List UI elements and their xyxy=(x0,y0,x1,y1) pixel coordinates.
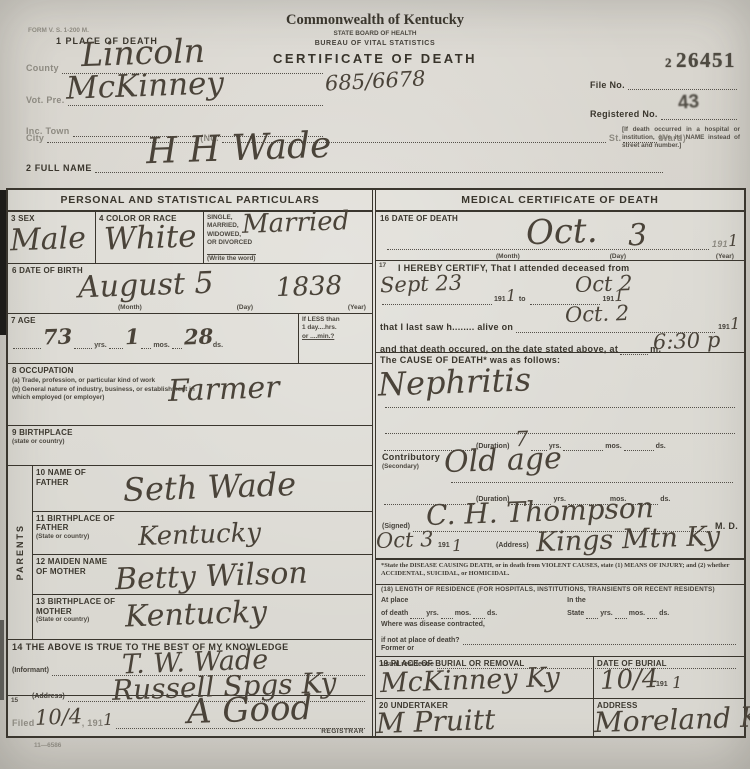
father-birthplace-cell: 11 BIRTHPLACE OF FATHER (State or countr… xyxy=(33,512,372,556)
file-number-stamp: 26451 xyxy=(676,48,736,72)
age-months-handwritten: 1 xyxy=(124,323,139,348)
last-saw-year-handwritten: 1 xyxy=(729,314,740,333)
residence-block: (18) LENGTH OF RESIDENCE (FOR HOSPITALS,… xyxy=(376,585,744,657)
mother-name-handwritten: Betty Wilson xyxy=(114,556,308,598)
dotted-leader xyxy=(141,342,151,349)
signed-address-label: (Address) xyxy=(496,542,529,551)
attended-from-handwritten: Sept 23 xyxy=(380,270,463,297)
dotted-leader xyxy=(623,130,657,144)
dotted-leader xyxy=(441,605,453,619)
race-handwritten: White xyxy=(103,218,197,257)
dotted-leader xyxy=(172,342,182,349)
dotted-leader xyxy=(463,630,736,645)
dotted-leader xyxy=(13,342,41,349)
form-code: 11—6586 xyxy=(34,742,61,750)
father-name-cell: 10 NAME OF FATHER Seth Wade xyxy=(33,466,372,512)
dotted-leader xyxy=(563,438,603,452)
age-note-2: 1 day....hrs. xyxy=(302,324,369,332)
form-number: FORM V. S. 1-200 M. xyxy=(28,27,89,35)
medical-section-title: MEDICAL CERTIFICATE OF DEATH xyxy=(376,190,744,212)
death-time-handwritten: 6:30 p xyxy=(652,328,720,354)
precinct-label: Vot. Pre. xyxy=(26,95,65,106)
age-years-handwritten: 73 xyxy=(43,323,73,349)
informant-section: 14 THE ABOVE IS TRUE TO THE BEST OF MY K… xyxy=(8,640,372,696)
age-cell: 7 AGE 73 yrs. 1 mos. 28 ds. xyxy=(8,314,298,363)
sex-handwritten: Male xyxy=(9,221,86,259)
duration-mos-caption: mos. xyxy=(605,443,621,452)
dotted-leader xyxy=(628,75,737,90)
signed-year-handwritten: 1 xyxy=(452,536,463,555)
age-row: 7 AGE 73 yrs. 1 mos. 28 ds. xyxy=(8,314,372,364)
state-ds: ds. xyxy=(659,610,669,619)
duration-ds-caption: ds. xyxy=(656,443,666,452)
attended-year1-handwritten: 1 xyxy=(505,286,516,305)
full-name-row: 2 FULL NAME H H Wade xyxy=(26,158,666,173)
last-saw-handwritten: Oct. 2 xyxy=(565,301,630,327)
filed-section-number: 15 xyxy=(11,697,18,705)
full-name-label: 2 FULL NAME xyxy=(26,163,92,174)
cause-footnote-text: *State the DISEASE CAUSING DEATH, or in … xyxy=(381,562,739,579)
sex-cell: 3 SEX Male xyxy=(8,212,96,263)
signed-address-handwritten: Kings Mtn Ky xyxy=(536,521,721,558)
father-name-handwritten: Seth Wade xyxy=(122,465,296,509)
parents-group: PARENTS 10 NAME OF FATHER Seth Wade 11 B… xyxy=(8,466,372,640)
dotted-leader xyxy=(586,605,598,619)
age-note-3: or ....min.? xyxy=(302,333,369,341)
file-stamp-prefix: 2 xyxy=(665,55,672,70)
certify-block: 17 I HEREBY CERTIFY, That I attended dec… xyxy=(376,261,744,353)
at-place-label-1: At place xyxy=(381,597,567,606)
birthplace-row: 9 BIRTHPLACE (state or country) xyxy=(8,426,372,466)
state-mos: mos. xyxy=(629,610,645,619)
mother-birthplace-handwritten: Kentucky xyxy=(124,595,267,635)
cause-footnote: *State the DISEASE CAUSING DEATH, or in … xyxy=(376,558,744,586)
occupation-a-label: (a) Trade, profession, or particular kin… xyxy=(12,377,182,385)
registrar-label: REGISTRAR xyxy=(321,728,364,735)
age-mos-caption: mos. xyxy=(153,342,169,349)
file-no-label: File No. xyxy=(590,80,625,91)
at-place-label-2: of death xyxy=(381,610,408,619)
death-certificate-scan: FORM V. S. 1-200 M. Commonwealth of Kent… xyxy=(0,0,750,769)
undertaker-row: 20 UNDERTAKER M Pruitt ADDRESS Moreland … xyxy=(376,699,744,736)
undertaker-handwritten: M Pruitt xyxy=(375,703,495,740)
medical-column: MEDICAL CERTIFICATE OF DEATH 16 DATE OF … xyxy=(376,190,744,736)
undertaker-cell: 20 UNDERTAKER M Pruitt xyxy=(376,699,594,736)
informant-label: (Informant) xyxy=(12,667,49,676)
city-st-label: St. xyxy=(609,133,621,144)
dotted-leader xyxy=(387,235,709,250)
in-the-label-2: State xyxy=(567,610,584,619)
certify-section-number: 17 xyxy=(379,262,386,270)
mother-name-label: 12 MAIDEN NAME OF MOTHER xyxy=(36,557,116,576)
city-label: City xyxy=(26,133,44,144)
contracted-label-1: Where was disease contracted, xyxy=(381,621,739,630)
dob-handwritten: August 5 xyxy=(77,266,214,306)
dotted-leader xyxy=(109,342,123,349)
burial-year-printed: 191 xyxy=(656,681,668,690)
parents-label: PARENTS xyxy=(15,524,25,580)
sex-race-marital-row: 3 SEX Male 4 COLOR OR RACE White SINGLE,… xyxy=(8,212,372,264)
full-name-handwritten: H H Wade xyxy=(145,125,332,172)
date-of-birth-row: 6 DATE OF BIRTH August 5 1838 (Month) (D… xyxy=(8,264,372,314)
filed-row: 15 Filed 10/4 , 191 1 A Good REGISTRAR xyxy=(8,696,372,736)
occupation-row: 8 OCCUPATION (a) Trade, profession, or p… xyxy=(8,364,372,426)
filed-date-handwritten: 10/4 xyxy=(34,704,82,730)
birthplace-label: 9 BIRTHPLACE xyxy=(12,428,368,438)
signed-date-address-row: Oct 3 191 1 (Address) Kings Mtn Ky xyxy=(376,532,744,558)
age-note-1: If LESS than xyxy=(302,316,369,324)
dod-year-handwritten: 1 xyxy=(727,231,738,250)
dob-year-caption: (Year) xyxy=(348,304,366,311)
signed-year-printed: 191 xyxy=(438,542,450,551)
father-birthplace-label: 11 BIRTHPLACE OF FATHER xyxy=(36,514,116,533)
marital-label-4: OR DIVORCED xyxy=(207,239,369,247)
marital-handwritten: Married xyxy=(242,206,350,240)
age-yrs-caption: yrs. xyxy=(94,342,106,349)
father-birthplace-handwritten: Kentucky xyxy=(138,518,262,552)
burial-row: 19 PLACE OF BURIAL OR REMOVAL McKinney K… xyxy=(376,657,744,698)
city-row: City (No. St. Ward) xyxy=(26,128,686,143)
state-yrs: yrs. xyxy=(600,610,612,619)
dotted-leader xyxy=(615,605,627,619)
dod-year-printed: 191 xyxy=(712,239,728,250)
burial-date-handwritten: 10/4 xyxy=(599,664,658,696)
attended-to-label: to xyxy=(519,296,526,305)
dotted-leader xyxy=(647,605,657,619)
contracted-label-2: if not at place of death? xyxy=(381,637,460,646)
certificate-table: PERSONAL AND STATISTICAL PARTICULARS 3 S… xyxy=(6,188,746,738)
father-name-label: 10 NAME OF FATHER xyxy=(36,468,106,487)
in-the-label-1: In the xyxy=(567,597,739,606)
dod-year-caption: (Year) xyxy=(716,253,734,260)
dotted-leader xyxy=(451,467,733,482)
residence-heading: (18) LENGTH OF RESIDENCE (FOR HOSPITALS,… xyxy=(381,586,739,594)
burial-date-cell: DATE OF BURIAL 10/4 191 1 xyxy=(594,657,744,697)
race-cell: 4 COLOR OR RACE White xyxy=(96,212,204,263)
age-note-cell: If LESS than 1 day....hrs. or ....min.? xyxy=(298,314,372,363)
dotted-leader xyxy=(624,438,654,452)
at-place-yrs: yrs. xyxy=(426,610,438,619)
burial-place-cell: 19 PLACE OF BURIAL OR REMOVAL McKinney K… xyxy=(376,657,594,697)
dob-month-caption: (Month) xyxy=(118,304,142,311)
dob-year-handwritten: 1838 xyxy=(275,271,342,303)
filed-year-printed: , 191 xyxy=(82,718,104,729)
dotted-leader xyxy=(473,605,485,619)
parents-strip: PARENTS xyxy=(8,466,33,639)
former-label-1: Former or xyxy=(381,645,739,654)
age-days-handwritten: 28 xyxy=(183,323,213,349)
contributory-row: Contributory (Secondary) Old age xyxy=(376,451,744,483)
marital-label-5: (Write the word) xyxy=(207,254,256,263)
duration2-ds-caption: ds. xyxy=(660,496,670,505)
at-place-mos: mos. xyxy=(455,610,471,619)
dod-month-caption: (Month) xyxy=(496,253,520,260)
certificate-number-handwritten: 685/6678 xyxy=(324,66,426,95)
dotted-leader xyxy=(74,342,92,349)
precinct-handwritten: McKinney xyxy=(65,65,224,106)
mother-name-cell: 12 MAIDEN NAME OF MOTHER Betty Wilson xyxy=(33,555,372,595)
attended-year1-printed: 191 xyxy=(494,296,506,305)
dob-day-caption: (Day) xyxy=(237,304,253,311)
scan-artifact xyxy=(0,620,4,700)
registered-no-handwritten: 43 xyxy=(677,92,700,115)
personal-column: PERSONAL AND STATISTICAL PARTICULARS 3 S… xyxy=(8,190,376,736)
burial-place-handwritten: McKinney Ky xyxy=(380,662,561,699)
burial-year-handwritten: 1 xyxy=(672,673,683,692)
date-of-death-row: 16 DATE OF DEATH Oct. 3 191 1 (Month) (D… xyxy=(376,212,744,261)
undertaker-address-cell: ADDRESS Moreland Ky xyxy=(594,699,744,736)
undertaker-address-handwritten: Moreland Ky xyxy=(593,699,750,738)
place-of-death-block: 1 PLACE OF DEATH County Lincoln Vot. Pre… xyxy=(26,36,326,137)
signed-date-handwritten: Oct 3 xyxy=(376,527,434,553)
mother-birthplace-cell: 13 BIRTHPLACE OF MOTHER (State or countr… xyxy=(33,595,372,639)
dotted-leader xyxy=(410,605,424,619)
marital-cell: SINGLE, MARRIED, WIDOWED, OR DIVORCED (W… xyxy=(204,212,372,263)
registrar-signature: A Good xyxy=(186,688,313,732)
age-ds-caption: ds. xyxy=(213,342,223,349)
cause-of-death-block: The CAUSE OF DEATH* was as follows: Neph… xyxy=(376,353,744,430)
last-saw-text: that I last saw h........ alive on xyxy=(380,322,513,333)
mother-birthplace-label: 13 BIRTHPLACE OF MOTHER xyxy=(36,597,116,616)
filed-year-handwritten: 1 xyxy=(103,710,114,729)
county-label: County xyxy=(26,63,59,74)
filed-label: Filed xyxy=(12,718,35,729)
occupation-handwritten: Farmer xyxy=(167,370,280,409)
city-ward-label: Ward) xyxy=(659,133,686,144)
birthplace-sub-label: (state or country) xyxy=(12,438,368,446)
at-place-ds: ds. xyxy=(487,610,497,619)
registered-no-label: Registered No. xyxy=(590,109,658,120)
dotted-leader xyxy=(385,393,735,408)
letterhead-commonwealth: Commonwealth of Kentucky xyxy=(215,12,535,29)
dod-day-caption: (Day) xyxy=(610,253,626,260)
